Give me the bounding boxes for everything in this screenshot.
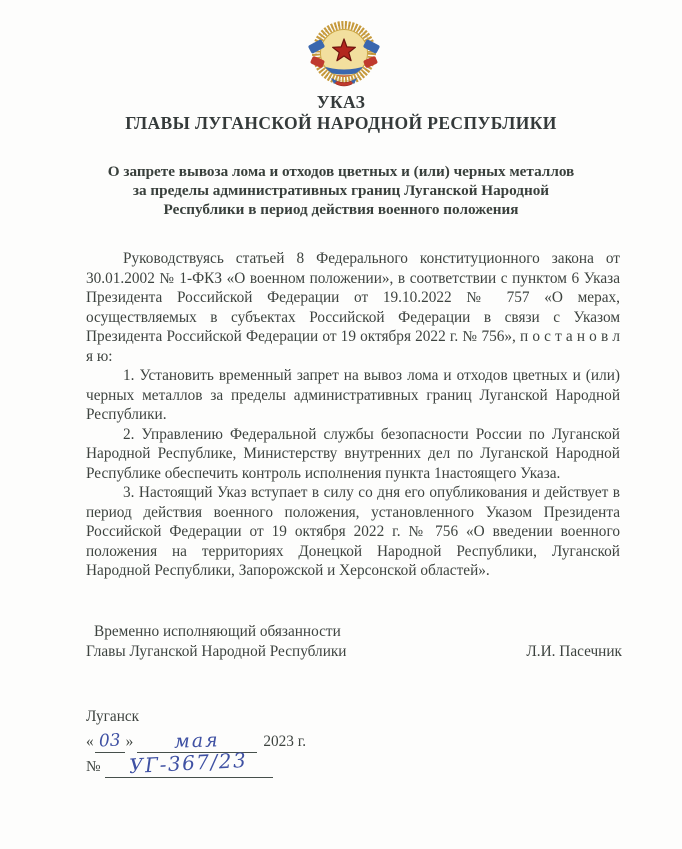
- issuance-block: Луганск «03»мая2023 г. №УГ-367/23: [86, 706, 306, 778]
- decree-body: Руководствуясь статьей 8 Федерального ко…: [86, 249, 620, 581]
- document-title: УКАЗ ГЛАВЫ ЛУГАНСКОЙ НАРОДНОЙ РЕСПУБЛИКИ: [0, 92, 682, 133]
- number-sign: №: [86, 758, 101, 775]
- handwritten-number: УГ-367/23: [129, 750, 248, 777]
- issue-city: Луганск: [86, 706, 306, 727]
- quote-open: «: [86, 733, 94, 750]
- signature-block: Временно исполняющий обязанности Главы Л…: [86, 622, 622, 661]
- issue-day-field: 03: [95, 731, 125, 753]
- signatory-role-line-2: Главы Луганской Народной Республики: [86, 642, 347, 662]
- issue-year: 2023 г.: [263, 733, 306, 750]
- paragraph-item-1: 1. Установить временный запрет на вывоз …: [86, 366, 620, 425]
- subject-line-1: О запрете вывоза лома и отходов цветных …: [80, 163, 602, 182]
- subject-line-2: за пределы административных границ Луган…: [80, 182, 602, 201]
- lnr-coat-of-arms-icon: [301, 20, 387, 90]
- signatory-role-line-1: Временно исполняющий обязанности: [86, 622, 347, 642]
- document-type-label: УКАЗ: [0, 92, 682, 113]
- decree-subject: О запрете вывоза лома и отходов цветных …: [80, 163, 602, 219]
- subject-line-3: Республики в период действия военного по…: [80, 201, 602, 220]
- paragraph-preamble: Руководствуясь статьей 8 Федерального ко…: [86, 249, 620, 366]
- handwritten-day: 03: [98, 730, 121, 752]
- issue-number-line: №УГ-367/23: [86, 754, 306, 778]
- decree-document-page: УКАЗ ГЛАВЫ ЛУГАНСКОЙ НАРОДНОЙ РЕСПУБЛИКИ…: [0, 0, 682, 849]
- issuing-authority-label: ГЛАВЫ ЛУГАНСКОЙ НАРОДНОЙ РЕСПУБЛИКИ: [0, 113, 682, 134]
- paragraph-item-3: 3. Настоящий Указ вступает в силу со дня…: [86, 483, 620, 581]
- paragraph-item-2: 2. Управлению Федеральной службы безопас…: [86, 425, 620, 484]
- issue-number-field: УГ-367/23: [105, 754, 273, 778]
- quote-close: »: [126, 733, 134, 750]
- signatory-role: Временно исполняющий обязанности Главы Л…: [86, 622, 347, 661]
- signatory-name: Л.И. Пасечник: [526, 642, 622, 662]
